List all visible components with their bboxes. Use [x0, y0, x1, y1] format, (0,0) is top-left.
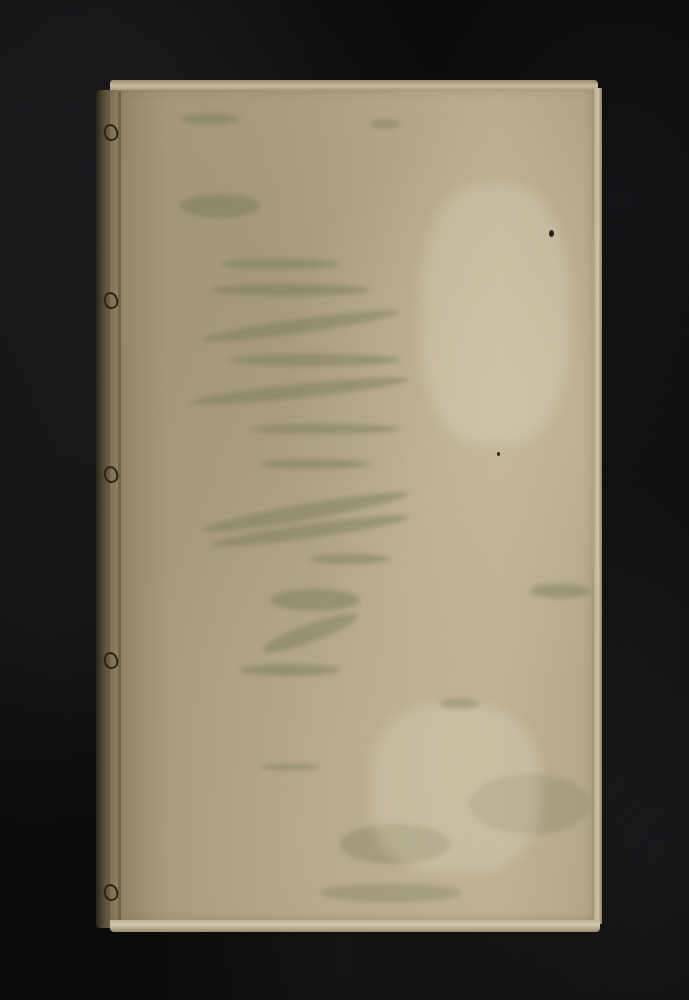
photo-background: [0, 0, 689, 1000]
book-cover: [110, 84, 598, 926]
spine-groove: [118, 92, 121, 920]
stain-mark: [370, 120, 400, 128]
light-reflection: [370, 704, 540, 874]
stain-mark: [260, 459, 370, 469]
ink-speck: [497, 452, 500, 456]
stain-mark: [180, 114, 240, 124]
stain-mark: [190, 373, 410, 410]
cover-right-edge: [594, 88, 602, 924]
stain-mark: [230, 354, 400, 366]
stain-mark: [270, 589, 360, 611]
stain-mark: [250, 424, 400, 434]
stain-mark: [180, 194, 260, 218]
stain-mark: [210, 284, 370, 296]
stain-mark: [240, 664, 340, 676]
stain-mark: [320, 884, 460, 902]
cover-top-edge: [110, 80, 598, 90]
book: [96, 84, 604, 932]
stain-mark: [310, 554, 390, 564]
stain-mark: [260, 607, 360, 658]
stain-mark: [220, 259, 340, 269]
stain-mark: [200, 305, 400, 347]
light-reflection: [420, 184, 570, 444]
cover-bottom-edge: [110, 920, 600, 932]
ink-speck: [549, 230, 554, 237]
stain-mark: [530, 584, 590, 598]
stain-mark: [260, 764, 320, 770]
